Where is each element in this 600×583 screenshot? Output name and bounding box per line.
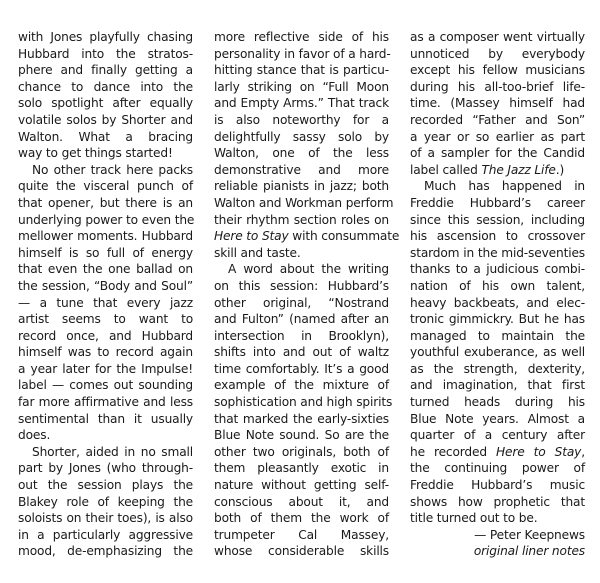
text-line: turned heads during his bbox=[410, 394, 585, 411]
text-line: himself was to record again bbox=[18, 344, 193, 361]
text-line: Freddie Hubbard’s music bbox=[410, 477, 585, 494]
text-line: delightfully sassy solo by bbox=[214, 129, 389, 146]
text-line: No other track here packs bbox=[18, 162, 193, 179]
text-line: other two originals, both of bbox=[214, 444, 389, 461]
text-line: larly striking on “Full Moon bbox=[214, 79, 389, 96]
text-line: Freddie Hubbard’s career bbox=[410, 195, 585, 212]
text-line: youthful exuberance, as well bbox=[410, 344, 585, 361]
text-fragment: , bbox=[581, 445, 585, 459]
text-line: his ascension to crossover bbox=[410, 228, 585, 245]
text-line: quarter of a century after bbox=[410, 427, 585, 444]
text-line: soloists on their toes), is also bbox=[18, 510, 193, 527]
text-line: that even the one ballad on bbox=[18, 261, 193, 278]
text-line: a year later for the Impulse! bbox=[18, 361, 193, 378]
text-line: out the session plays the bbox=[18, 477, 193, 494]
text-line: Walton, one of the less bbox=[214, 145, 389, 162]
text-line: more reflective side of his bbox=[214, 29, 389, 46]
text-line: the session, “Body and Soul” bbox=[18, 278, 193, 295]
text-line: them pleasantly exotic in bbox=[214, 460, 389, 477]
text-line: as a composer went virtually bbox=[410, 29, 585, 46]
text-line: nation of his own talent, bbox=[410, 278, 585, 295]
text-fragment: he recorded bbox=[410, 445, 496, 459]
text-line: thanks to a judicious combi- bbox=[410, 261, 585, 278]
text-line: whose considerable skills bbox=[214, 543, 389, 560]
text-line: with Jones playfully chasing bbox=[18, 29, 193, 46]
text-fragment: with consummate bbox=[289, 229, 400, 243]
text-line: Much has happened in bbox=[410, 178, 585, 195]
text-line: Blakey role of keeping the bbox=[18, 494, 193, 511]
column-2: more reflective side of hispersonality i… bbox=[214, 29, 389, 560]
italic-title: Here to Stay bbox=[214, 229, 289, 243]
text-line: underlying power to even the bbox=[18, 212, 193, 229]
text-line: Walton. What a bracing bbox=[18, 129, 193, 146]
text-line: reliable pianists in jazz; both bbox=[214, 178, 389, 195]
text-line: is also noteworthy for a bbox=[214, 112, 389, 129]
text-fragment: .) bbox=[556, 163, 564, 177]
text-line: artist seems to want to bbox=[18, 311, 193, 328]
text-line: stardom in the mid-seventies bbox=[410, 245, 585, 262]
italic-title: The Jazz Life bbox=[481, 163, 555, 177]
text-line: Here to Stay with consummate bbox=[214, 228, 389, 245]
text-line: the continuing power of bbox=[410, 460, 585, 477]
text-line: managed to maintain the bbox=[410, 328, 585, 345]
text-line: time comfortably. It’s a good bbox=[214, 361, 389, 378]
text-line: conscious about it, and bbox=[214, 494, 389, 511]
text-line: volatile solos by Shorter and bbox=[18, 112, 193, 129]
column-1: with Jones playfully chasingHubbard into… bbox=[18, 29, 193, 560]
text-line: their rhythm section roles on bbox=[214, 212, 389, 229]
text-line: skill and taste. bbox=[214, 245, 389, 262]
text-line: except his fellow musicians bbox=[410, 62, 585, 79]
attribution-line: original liner notes bbox=[410, 543, 585, 560]
italic-title: Here to Stay bbox=[496, 445, 581, 459]
text-line: unnoticed by everybody bbox=[410, 46, 585, 63]
text-line: and imagination, that first bbox=[410, 377, 585, 394]
liner-notes-page: with Jones playfully chasingHubbard into… bbox=[18, 29, 585, 560]
column-3: as a composer went virtuallyunnoticed by… bbox=[410, 29, 585, 560]
text-line: mellower moments. Hubbard bbox=[18, 228, 193, 245]
text-line: shifts into and out of waltz bbox=[214, 344, 389, 361]
text-line: Walton and Workman perform bbox=[214, 195, 389, 212]
text-line: intersection in Brooklyn), bbox=[214, 328, 389, 345]
text-line: time. (Massey himself had bbox=[410, 95, 585, 112]
text-line: Blue Note sound. So are the bbox=[214, 427, 389, 444]
text-line: phere and finally getting a bbox=[18, 62, 193, 79]
text-line: that opener, but there is an bbox=[18, 195, 193, 212]
text-line: shows how prophetic that bbox=[410, 494, 585, 511]
text-line: other original, “Nostrand bbox=[214, 295, 389, 312]
text-line: hitting stance that is particu- bbox=[214, 62, 389, 79]
text-line: tronic gimmickry. But he has bbox=[410, 311, 585, 328]
text-line: example of the mixture of bbox=[214, 377, 389, 394]
text-line: recorded “Father and Son” bbox=[410, 112, 585, 129]
text-line: as the strength, dexterity, bbox=[410, 361, 585, 378]
text-line: far more affirmative and less bbox=[18, 394, 193, 411]
italic-title: original liner notes bbox=[474, 544, 585, 558]
text-line: does. bbox=[18, 427, 193, 444]
text-line: and Fulton” (named after an bbox=[214, 311, 389, 328]
text-line: chance to dance into the bbox=[18, 79, 193, 96]
text-line: Shorter, aided in no small bbox=[18, 444, 193, 461]
text-line: part by Jones (who through- bbox=[18, 460, 193, 477]
text-line: title turned out to be. bbox=[410, 510, 585, 527]
text-line: demonstrative and more bbox=[214, 162, 389, 179]
text-line: record once, and Hubbard bbox=[18, 328, 193, 345]
text-line: sentimental than it usually bbox=[18, 411, 193, 428]
text-line: that marked the early-sixties bbox=[214, 411, 389, 428]
text-line: of a sampler for the Candid bbox=[410, 145, 585, 162]
text-line: A word about the writing bbox=[214, 261, 389, 278]
text-line: on this session: Hubbard’s bbox=[214, 278, 389, 295]
text-line: and Empty Arms.” That track bbox=[214, 95, 389, 112]
text-line: — a tune that every jazz bbox=[18, 295, 193, 312]
text-line: mood, de-emphasizing the bbox=[18, 543, 193, 560]
text-line: sophistication and high spirits bbox=[214, 394, 389, 411]
text-line: solo spotlight after equally bbox=[18, 95, 193, 112]
text-line: nature without getting self- bbox=[214, 477, 389, 494]
text-line: label called The Jazz Life.) bbox=[410, 162, 585, 179]
text-line: way to get things started! bbox=[18, 145, 193, 162]
text-line: personality in favor of a hard- bbox=[214, 46, 389, 63]
text-line: during his all-too-brief life- bbox=[410, 79, 585, 96]
text-line: a year or so earlier as part bbox=[410, 129, 585, 146]
text-line: trumpeter Cal Massey, bbox=[214, 527, 389, 544]
text-line: since this session, including bbox=[410, 212, 585, 229]
text-line: quite the visceral punch of bbox=[18, 178, 193, 195]
text-line: Blue Note years. Almost a bbox=[410, 411, 585, 428]
text-fragment: label called bbox=[410, 163, 481, 177]
text-line: heavy backbeats, and elec- bbox=[410, 295, 585, 312]
text-line: he recorded Here to Stay, bbox=[410, 444, 585, 461]
text-line: both of them the work of bbox=[214, 510, 389, 527]
text-line: label — comes out sounding bbox=[18, 377, 193, 394]
text-line: himself is so full of energy bbox=[18, 245, 193, 262]
text-line: in a particularly aggressive bbox=[18, 527, 193, 544]
attribution-line: — Peter Keepnews bbox=[410, 527, 585, 544]
text-line: Hubbard into the stratos- bbox=[18, 46, 193, 63]
